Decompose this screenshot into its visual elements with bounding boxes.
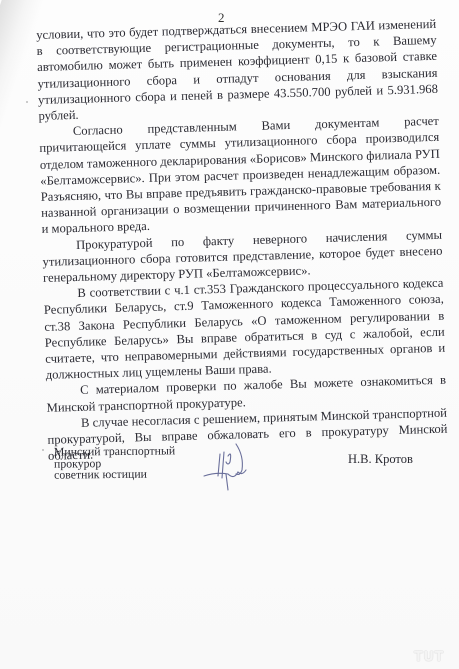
scan-speck — [26, 101, 28, 103]
scan-speck — [42, 449, 44, 451]
signatory-title: Минский транспортный прокурор советник ю… — [54, 445, 176, 481]
paragraph-4: В соответствии с ч.1 ст.353 Гражданского… — [43, 275, 446, 383]
signatory-title-line-3: советник юстиции — [54, 468, 175, 481]
handwritten-signature-icon — [198, 436, 258, 496]
paragraph-2: Согласно представленным Вами документам … — [39, 113, 442, 238]
paragraph-1: условии, что это будет подтверждаться вн… — [36, 16, 439, 124]
document-page: 2 условии, что это будет подтверждаться … — [0, 0, 459, 669]
tut-watermark: TUT — [414, 650, 444, 665]
letter-body: условии, что это будет подтверждаться вн… — [36, 16, 448, 464]
signer-name: Н.В. Кротов — [348, 452, 413, 467]
